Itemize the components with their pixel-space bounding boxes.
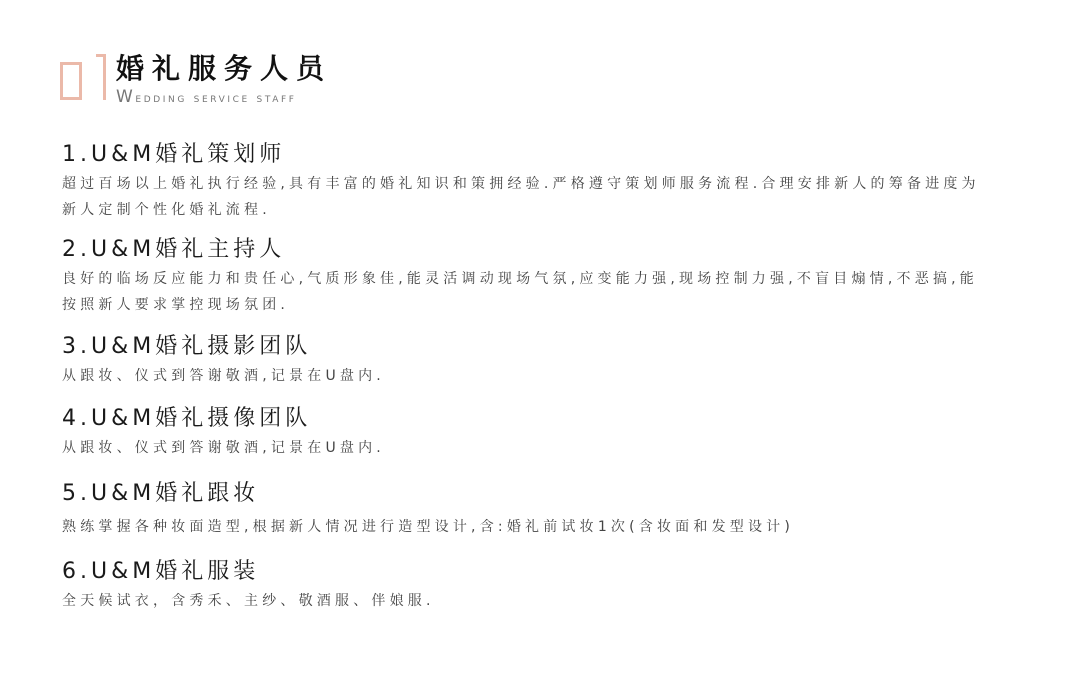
section-planner: 1.U&M婚礼策划师 超过百场以上婚礼执行经验,具有丰富的婚礼知识和策拥经验.严… — [62, 141, 1022, 223]
section-attire: 6.U&M婚礼服装 全天候试衣，含秀禾、主纱、敬酒服、伴娘服. — [62, 558, 1022, 614]
section-body: 良好的临场反应能力和贵任心,气质形象佳,能灵活调动现场气氛,应变能力强,现场控制… — [62, 266, 1022, 318]
number-zero-glyph — [60, 62, 82, 100]
section-title: 6.U&M婚礼服装 — [62, 558, 1022, 586]
page-header: 婚礼服务人员 Wedding service staff — [60, 50, 332, 110]
body-line: 从跟妆、仪式到答谢敬酒,记景在U盘内. — [62, 435, 1022, 461]
body-line: 按照新人要求掌控现场氛团. — [62, 292, 1022, 318]
body-line: 熟练掌握各种妆面造型,根据新人情况进行造型设计,含:婚礼前试妆1次(含妆面和发型… — [62, 514, 1022, 540]
body-line: 新人定制个性化婚礼流程. — [62, 197, 1022, 223]
page-subtitle: Wedding service staff — [116, 89, 332, 107]
section-host: 2.U&M婚礼主持人 良好的临场反应能力和贵任心,气质形象佳,能灵活调动现场气氛… — [62, 236, 1022, 318]
section-title: 1.U&M婚礼策划师 — [62, 141, 1022, 169]
section-makeup: 5.U&M婚礼跟妆 熟练掌握各种妆面造型,根据新人情况进行造型设计,含:婚礼前试… — [62, 480, 1022, 540]
section-title: 5.U&M婚礼跟妆 — [62, 480, 1022, 508]
section-body: 超过百场以上婚礼执行经验,具有丰富的婚礼知识和策拥经验.严格遵守策划师服务流程.… — [62, 171, 1022, 223]
subtitle-rest: edding service staff — [135, 91, 296, 106]
body-line: 超过百场以上婚礼执行经验,具有丰富的婚礼知识和策拥经验.严格遵守策划师服务流程.… — [62, 171, 1022, 197]
body-line: 从跟妆、仪式到答谢敬酒,记景在U盘内. — [62, 363, 1022, 389]
section-body: 从跟妆、仪式到答谢敬酒,记景在U盘内. — [62, 363, 1022, 389]
page-title: 婚礼服务人员 — [116, 52, 332, 86]
section-number — [60, 54, 106, 106]
number-one-glyph — [92, 54, 106, 100]
section-body: 全天候试衣，含秀禾、主纱、敬酒服、伴娘服. — [62, 588, 1022, 614]
section-photography: 3.U&M婚礼摄影团队 从跟妆、仪式到答谢敬酒,记景在U盘内. — [62, 333, 1022, 389]
body-line: 良好的临场反应能力和贵任心,气质形象佳,能灵活调动现场气氛,应变能力强,现场控制… — [62, 266, 1022, 292]
section-body: 从跟妆、仪式到答谢敬酒,记景在U盘内. — [62, 435, 1022, 461]
section-videography: 4.U&M婚礼摄像团队 从跟妆、仪式到答谢敬酒,记景在U盘内. — [62, 405, 1022, 461]
subtitle-initial: W — [116, 87, 135, 107]
section-title: 4.U&M婚礼摄像团队 — [62, 405, 1022, 433]
header-text: 婚礼服务人员 Wedding service staff — [116, 50, 332, 107]
section-title: 2.U&M婚礼主持人 — [62, 236, 1022, 264]
section-title: 3.U&M婚礼摄影团队 — [62, 333, 1022, 361]
body-line: 全天候试衣，含秀禾、主纱、敬酒服、伴娘服. — [62, 588, 1022, 614]
section-body: 熟练掌握各种妆面造型,根据新人情况进行造型设计,含:婚礼前试妆1次(含妆面和发型… — [62, 514, 1022, 540]
